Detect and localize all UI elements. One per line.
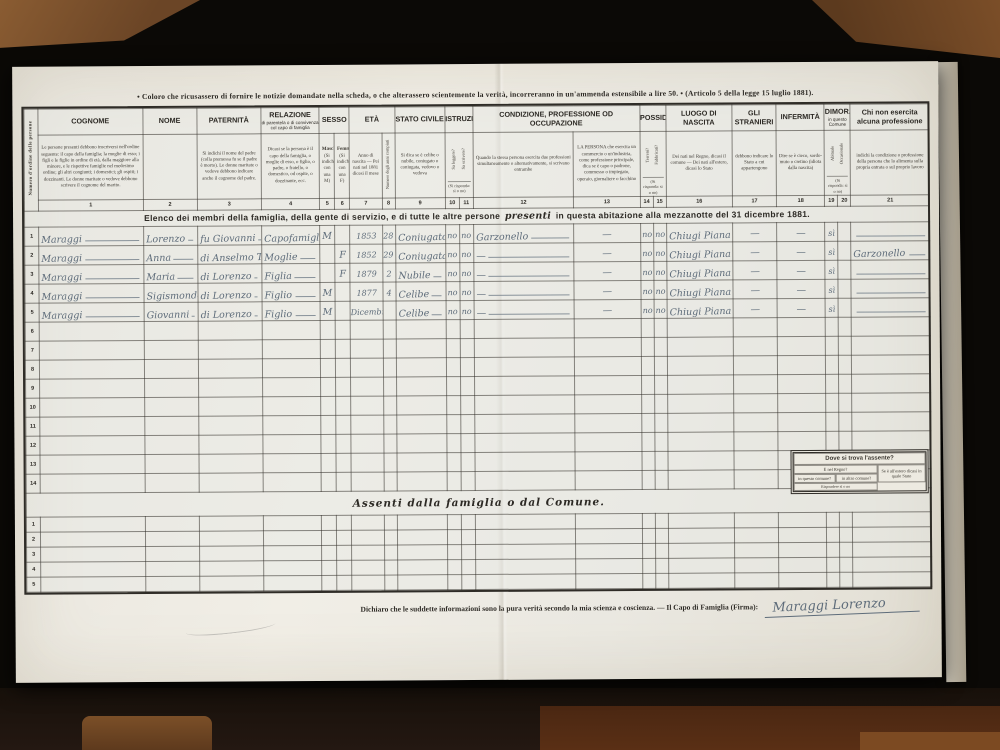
census-table-frame: Numero d'ordine delle persone COGNOME NO… <box>21 101 932 595</box>
table-cell <box>352 560 384 575</box>
table-cell <box>351 415 383 434</box>
table-cell <box>474 338 575 358</box>
table-cell: Capofamiglia <box>262 226 320 245</box>
table-cell <box>351 434 383 453</box>
table-cell <box>397 472 447 491</box>
table-cell: 1877 <box>350 282 382 301</box>
decor <box>174 259 193 260</box>
table-cell <box>852 412 931 431</box>
relazione-entry: Figlio <box>265 309 293 321</box>
table-cell <box>642 471 655 490</box>
table-cell <box>852 298 931 317</box>
table-cell <box>199 473 263 492</box>
desk-surface-patch <box>860 732 1000 750</box>
decor: F <box>339 250 346 261</box>
table-cell <box>654 376 667 395</box>
table-cell <box>145 532 199 547</box>
decor: (Si risponda: sì o no) <box>448 181 471 194</box>
table-cell <box>336 397 351 416</box>
col-note-condizione: Quando la stessa persona esercita due pr… <box>473 132 574 198</box>
decor: in questo comune? <box>794 474 836 483</box>
table-cell: M <box>320 226 335 245</box>
table-cell <box>351 396 383 415</box>
table-cell <box>475 414 576 434</box>
table-cell <box>734 394 778 413</box>
table-cell <box>263 473 321 492</box>
table-cell: 3 <box>27 548 41 563</box>
table-cell: no <box>653 262 666 281</box>
table-cell <box>145 577 199 592</box>
declaration-line: Dichiaro che le suddette informazioni so… <box>15 598 927 621</box>
decor: — <box>603 305 613 316</box>
decor: — <box>750 286 760 297</box>
table-cell <box>40 379 145 399</box>
table-cell <box>351 358 383 377</box>
table-cell: no <box>640 243 653 262</box>
table-cell <box>655 433 668 452</box>
table-cell <box>733 356 777 375</box>
table-cell <box>262 321 320 340</box>
table-cell <box>447 434 461 453</box>
paternita-entry: di Lorenzo <box>200 309 251 321</box>
col-note-possidenza: Terreni?Fabbricati? (Si risponda: sì o n… <box>640 131 667 197</box>
table-cell: fu Giovanni <box>197 226 261 245</box>
decor: Maraggi <box>39 227 143 246</box>
table-cell <box>654 414 667 433</box>
table-cell <box>734 528 778 543</box>
table-cell: 2 <box>26 533 40 548</box>
table-cell <box>826 356 839 375</box>
col-note-dimora: AbitualeOccasionale (Si risponda: sì o n… <box>824 130 851 196</box>
table-cell <box>447 545 461 560</box>
col-header-numero: Numero d'ordine delle persone <box>24 109 39 211</box>
table-cell <box>654 338 667 357</box>
table-cell <box>827 573 840 588</box>
table-cell <box>384 545 397 560</box>
col-header-istruzione: ISTRUZIONE <box>445 107 473 133</box>
decor: Garzonello <box>474 225 574 244</box>
decor: Occasionale <box>839 143 844 164</box>
census-table: Numero d'ordine delle persone COGNOME NO… <box>23 103 932 593</box>
decor: Capofamiglia <box>262 226 319 244</box>
table-cell: 29 <box>382 244 395 263</box>
decor: no <box>642 249 652 258</box>
condizione-entry: Garzonello <box>476 232 528 244</box>
relazione-entry: Figlia <box>264 271 292 283</box>
table-cell: Moglie <box>262 245 320 264</box>
table-cell <box>397 575 447 590</box>
decor: no <box>655 249 665 258</box>
decor: Numero d'ordine delle persone <box>28 120 33 195</box>
decor: — <box>797 304 807 315</box>
decor: Terreni? <box>646 148 651 163</box>
table-cell <box>839 337 852 356</box>
table-cell: di Lorenzo <box>198 283 262 302</box>
table-cell <box>852 431 931 450</box>
table-cell <box>826 375 839 394</box>
decor: Chiugi Piana <box>667 243 732 261</box>
paternita-entry: di Lorenzo <box>200 271 251 283</box>
table-cell <box>336 435 351 454</box>
paternita-entry: di Anselmo Turini <box>200 252 262 265</box>
table-cell: di Lorenzo <box>198 302 262 321</box>
decor: (Si indichi con una M) <box>322 154 335 184</box>
table-cell: no <box>446 301 460 320</box>
table-cell: Celibe <box>395 282 445 301</box>
table-cell <box>641 433 654 452</box>
stato-entry: Nubile <box>398 270 430 282</box>
table-cell <box>199 531 263 546</box>
table-cell <box>655 514 668 529</box>
table-cell: — <box>574 262 640 281</box>
table-cell <box>827 513 840 528</box>
table-cell <box>39 322 144 342</box>
table-cell <box>461 434 475 453</box>
luogo-entry: Chiugi Piana <box>669 268 731 280</box>
luogo-entry: Chiugi Piana <box>669 287 731 299</box>
table-cell <box>322 561 337 576</box>
table-cell <box>462 575 476 590</box>
table-cell <box>198 321 262 340</box>
table-cell <box>321 435 336 454</box>
table-cell: no <box>446 282 460 301</box>
table-cell <box>321 416 336 435</box>
decor: 1852 <box>356 251 377 260</box>
table-cell <box>396 434 446 453</box>
decor <box>178 278 194 279</box>
table-cell <box>446 358 460 377</box>
table-cell <box>396 415 446 434</box>
table-cell <box>263 516 321 531</box>
assenti-rows: 1 2 3 4 5 <box>26 512 931 593</box>
table-cell: sì <box>825 299 838 318</box>
table-cell: — <box>733 280 777 299</box>
decor: Sa scrivere? <box>461 148 466 169</box>
col-number: 15 <box>653 197 666 208</box>
table-cell <box>668 573 734 588</box>
table-cell <box>40 517 145 533</box>
decor: DIMORA <box>825 107 851 116</box>
col-note-anni-compiuti: Numero degli anni compiuti <box>382 133 395 198</box>
table-cell: 11 <box>26 418 40 437</box>
table-cell <box>475 452 576 472</box>
table-cell <box>840 543 853 558</box>
table-cell <box>851 260 930 279</box>
table-cell: — <box>777 242 825 261</box>
table-cell <box>642 452 655 471</box>
table-cell <box>448 575 462 590</box>
col-number: 6 <box>335 199 350 210</box>
table-cell <box>322 531 337 546</box>
table-cell: Anna <box>143 246 197 265</box>
decor: Sigismondo <box>144 284 197 302</box>
table-cell: 1 <box>26 518 40 533</box>
table-cell <box>575 414 641 433</box>
col-number: 13 <box>574 197 640 208</box>
table-cell <box>321 359 336 378</box>
col-number: 12 <box>473 197 574 209</box>
table-cell: 14 <box>26 475 40 494</box>
decor: — <box>750 248 760 259</box>
table-cell: Celibe <box>396 301 446 320</box>
decor: — <box>602 229 612 240</box>
decor <box>857 236 926 237</box>
decor <box>295 277 316 278</box>
table-cell <box>460 396 474 415</box>
table-cell <box>839 318 852 337</box>
table-cell <box>852 355 931 374</box>
table-cell <box>264 576 322 591</box>
decor: no <box>655 268 665 277</box>
decor: 2 <box>386 270 391 279</box>
table-cell: — <box>574 243 640 262</box>
table-cell <box>778 375 826 394</box>
table-cell <box>263 378 321 397</box>
table-cell <box>144 379 198 398</box>
decor: no <box>655 230 665 239</box>
col-header-chi-non-esercita: Chi non esercita alcuna professione <box>850 104 929 130</box>
table-cell <box>262 359 320 378</box>
decor: AbitualeOccasionale <box>827 132 848 176</box>
table-cell <box>396 358 446 377</box>
table-cell <box>853 542 932 557</box>
col-number: 8 <box>382 198 395 209</box>
paternita-entry: di Lorenzo <box>200 290 251 302</box>
col-number: 14 <box>640 197 653 208</box>
table-cell <box>397 530 447 545</box>
decor: 1879 <box>356 270 377 279</box>
decor: 1877 <box>356 289 377 298</box>
decor: Maria <box>144 265 197 283</box>
col-number: 2 <box>143 200 197 211</box>
decor: no <box>655 287 665 296</box>
table-cell <box>447 453 461 472</box>
decor: no <box>447 231 457 240</box>
decor: Numero d'ordine delle persone COGNOME NO… <box>24 104 930 228</box>
table-cell <box>641 338 654 357</box>
table-cell: — <box>474 281 575 301</box>
table-cell <box>826 318 839 337</box>
table-cell <box>321 340 336 359</box>
table-cell <box>352 575 384 590</box>
decor <box>85 259 139 260</box>
decor: Femminile <box>337 147 350 152</box>
table-cell: 6 <box>25 323 39 342</box>
table-cell: — <box>733 261 777 280</box>
decor: Numero degli anni compiuti <box>386 139 391 189</box>
table-cell <box>642 574 655 589</box>
table-cell <box>852 374 931 393</box>
decor <box>85 297 139 298</box>
table-cell <box>336 359 351 378</box>
col-note-relazione: Dicasi se la persona è il capo della fam… <box>261 133 320 199</box>
decor: no <box>461 231 471 240</box>
table-cell: no <box>653 224 666 243</box>
table-cell <box>576 529 642 544</box>
decor <box>301 258 316 259</box>
table-cell: Maria <box>143 265 197 284</box>
decor: no <box>462 307 472 316</box>
table-cell <box>320 264 335 283</box>
table-cell <box>826 413 839 432</box>
table-cell: Chiugi Piana <box>667 261 733 280</box>
col-note-sesso-m: Maschile(Si indichi con una M) <box>319 133 334 198</box>
table-cell: 8 <box>25 361 39 380</box>
table-cell <box>853 527 932 542</box>
table-cell <box>41 577 146 593</box>
table-cell <box>352 515 384 530</box>
table-cell <box>475 544 576 560</box>
table-cell <box>198 378 262 397</box>
table-cell: sì <box>825 261 838 280</box>
table-cell <box>734 451 778 470</box>
table-cell <box>460 377 474 396</box>
table-cell <box>335 226 350 245</box>
decor: Sa leggere?Sa scrivere? <box>447 137 470 181</box>
table-cell <box>322 576 337 591</box>
decor: 4 <box>386 289 391 298</box>
decor: Abituale <box>831 146 836 161</box>
table-cell <box>667 375 733 394</box>
table-cell <box>461 530 475 545</box>
decor: no <box>642 230 652 239</box>
table-cell <box>39 341 144 361</box>
table-cell <box>475 395 576 415</box>
table-cell <box>826 432 839 451</box>
decor: no <box>462 288 472 297</box>
table-cell: Coniugata <box>395 244 445 263</box>
table-cell: 1 <box>25 228 39 247</box>
table-cell <box>199 516 263 531</box>
table-cell: no <box>445 244 459 263</box>
table-cell <box>827 543 840 558</box>
decor: (Si risponda: sì o no) <box>642 177 663 195</box>
decor <box>857 312 926 313</box>
table-cell: 7 <box>25 342 39 361</box>
table-cell: — <box>733 242 777 261</box>
table-cell <box>575 471 641 490</box>
table-cell <box>447 415 461 434</box>
table-cell <box>396 377 446 396</box>
decor: — <box>796 228 806 239</box>
table-cell <box>667 394 733 413</box>
table-cell <box>853 572 932 587</box>
col-number: 10 <box>445 198 459 209</box>
table-cell <box>40 417 145 437</box>
table-cell <box>336 454 351 473</box>
table-cell <box>321 397 336 416</box>
col-header-infermita: INFERMITÀ <box>776 104 824 130</box>
decor: Garzonello <box>854 248 906 260</box>
table-cell <box>655 471 668 490</box>
col-note-sesso-f: Femminile(Si indichi con una F) <box>334 133 349 198</box>
col-note-stato-civile: Si dica se è celibe o nubile, coniugato … <box>395 133 446 199</box>
table-cell: 2 <box>25 247 39 266</box>
table-cell <box>383 377 396 396</box>
table-cell: 4 <box>27 563 41 578</box>
table-cell <box>263 454 321 473</box>
table-cell <box>322 516 337 531</box>
relazione-entry: Figlio <box>264 290 292 302</box>
table-cell <box>575 395 641 414</box>
table-cell <box>144 417 198 436</box>
col-number: 20 <box>838 196 851 207</box>
table-cell <box>264 546 322 561</box>
table-cell <box>335 321 350 340</box>
decor: — <box>474 301 574 320</box>
table-cell <box>827 528 840 543</box>
table-cell: no <box>446 263 460 282</box>
decor: — <box>474 263 574 282</box>
decor: di Lorenzo <box>198 303 261 321</box>
decor: Garzonello <box>852 242 930 260</box>
decor: Coniugata <box>396 245 445 263</box>
photo-of-census-form: { "document": { "warning": "• Coloro che… <box>0 0 1000 750</box>
decor: Moglie <box>262 245 319 263</box>
decor: (Si risponda: sì o no) <box>827 176 848 194</box>
decor: in altro comune? <box>836 474 878 483</box>
table-cell <box>446 396 460 415</box>
col-number: 5 <box>320 199 335 210</box>
decor: Rispondere sì o no <box>794 483 878 492</box>
table-cell <box>351 453 383 472</box>
col-number: 11 <box>459 198 473 209</box>
decor <box>432 315 442 316</box>
table-cell <box>322 546 337 561</box>
relazione-entry: Moglie <box>264 252 297 264</box>
table-cell <box>145 517 199 532</box>
table-cell <box>576 574 642 589</box>
table-cell: no <box>460 301 474 320</box>
table-cell <box>654 319 667 338</box>
wood-desk-corner-left <box>0 0 200 52</box>
table-cell <box>397 515 447 530</box>
table-cell <box>383 434 396 453</box>
table-cell <box>641 319 654 338</box>
table-cell <box>667 356 733 375</box>
table-cell <box>474 376 575 396</box>
penalty-notice: • Coloro che ricusassero di fornire le n… <box>42 87 908 101</box>
table-cell: — <box>777 223 825 242</box>
nome-entry: Anna <box>146 253 171 265</box>
col-note-infermita: Dire se è cieco, sordo-muto o cretino (i… <box>776 130 825 196</box>
table-cell <box>351 320 383 339</box>
decor: Figlio <box>262 283 319 301</box>
head-of-family-signature: Maraggi Lorenzo <box>764 595 920 618</box>
decor: in questa abitazione alla mezzanotte del… <box>556 209 810 221</box>
table-cell <box>779 513 827 528</box>
decor <box>188 240 193 241</box>
table-cell <box>263 397 321 416</box>
decor <box>489 276 570 277</box>
table-cell <box>263 416 321 435</box>
table-cell <box>840 513 853 528</box>
table-cell <box>840 573 853 588</box>
table-cell: 28 <box>382 225 395 244</box>
decor <box>489 257 570 258</box>
table-cell <box>460 358 474 377</box>
table-cell: 5 <box>27 578 41 593</box>
col-header-cognome: COGNOME <box>38 109 143 136</box>
table-cell <box>642 544 655 559</box>
col-header-possidenza: POSSIDENZA <box>639 105 665 131</box>
table-cell <box>351 339 383 358</box>
col-header-nome: NOME <box>142 108 196 134</box>
col-number: 21 <box>851 195 930 206</box>
table-cell <box>655 544 668 559</box>
decor: fu Giovanni <box>198 227 261 245</box>
table-cell <box>397 545 447 560</box>
